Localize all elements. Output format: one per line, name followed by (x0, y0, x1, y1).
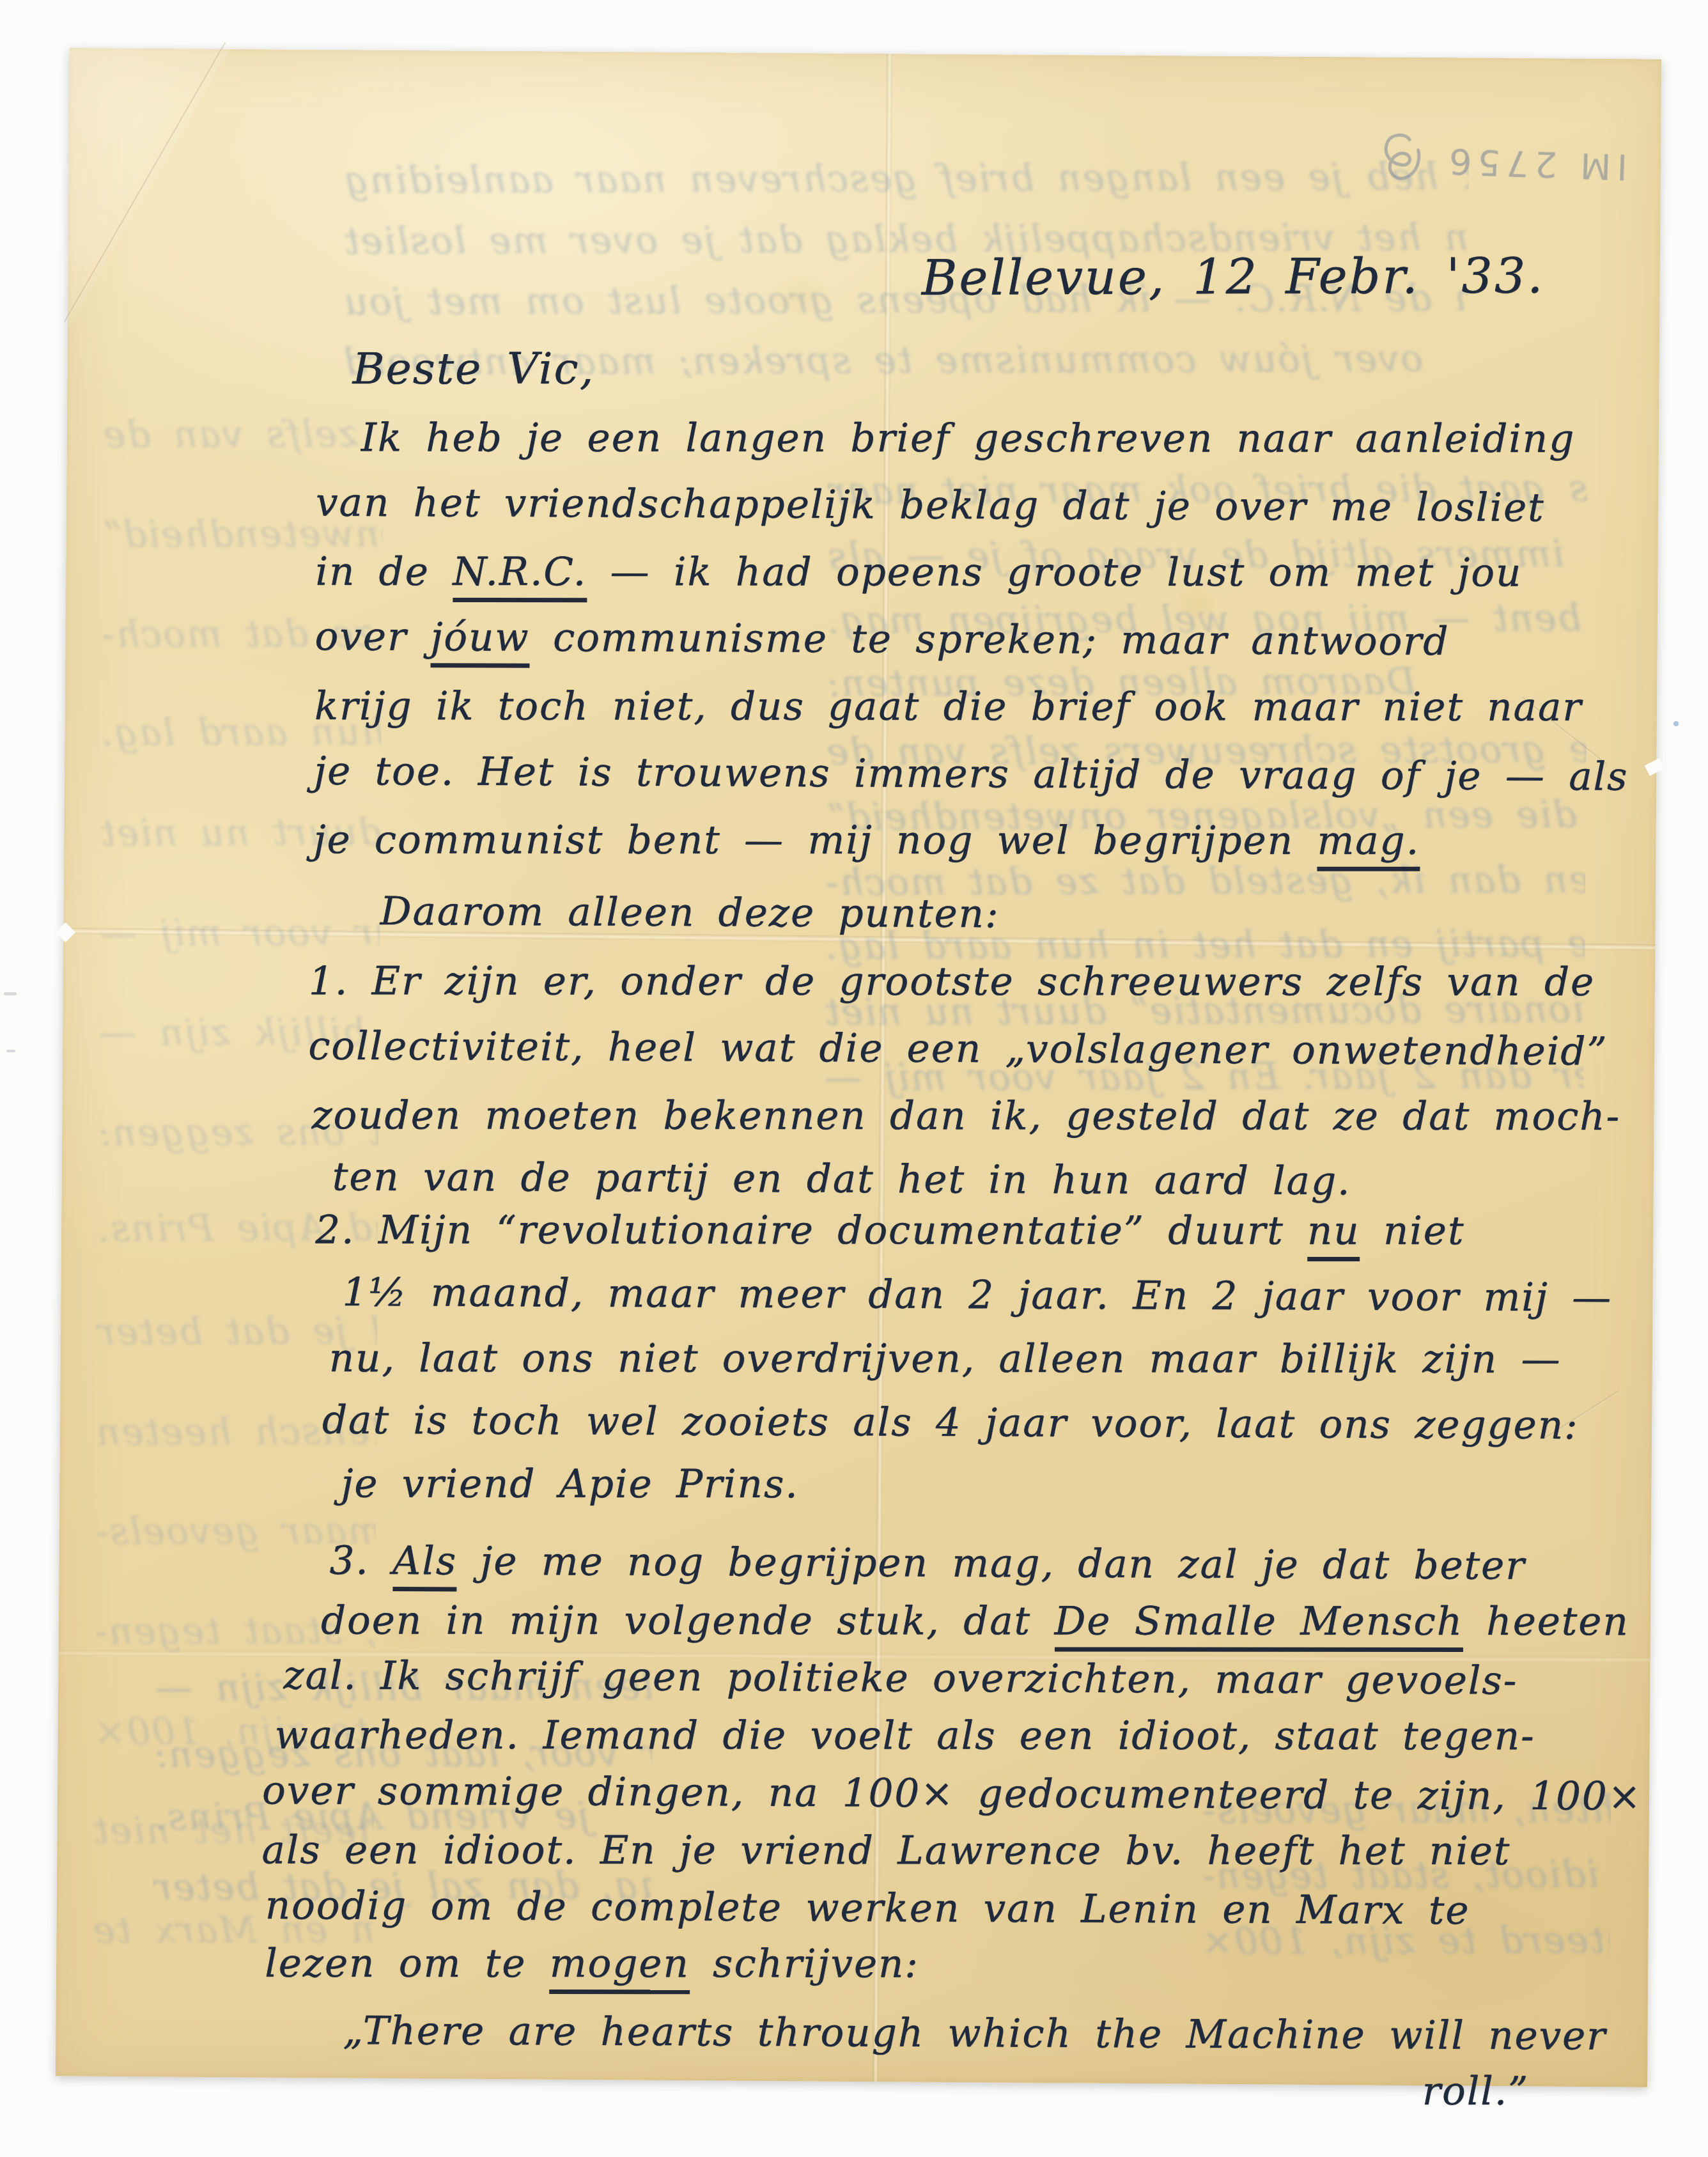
edge-tear-nick (1645, 758, 1665, 776)
handwritten-line: roll.” (1422, 2072, 1529, 2111)
handwriting-text: — ik had opeens groote lust om met jou (587, 549, 1522, 595)
handwritten-line: zal. Ik schrijf geen politieke overzicht… (283, 1656, 1518, 1700)
verso-ghost-line: 1. Er zijn er, onder de grootste schreeu… (102, 409, 384, 456)
handwritten-line: ten van de partij en dat het in hun aard… (332, 1157, 1351, 1201)
handwritten-line: 2. Mijn “revolutionaire documentatie” du… (315, 1211, 1464, 1251)
scanner-streak (6, 1050, 15, 1052)
handwritten-line: collectiviteit, heel wat die een „volsla… (308, 1027, 1608, 1071)
handwriting-text: 3. (329, 1538, 392, 1584)
letter-body (70, 48, 1661, 59)
handwriting-text: waarheden. Iemand die voelt als een idio… (275, 1713, 1535, 1759)
handwritten-line: dat is toch wel zooiets als 4 jaar voor,… (322, 1401, 1579, 1445)
handwritten-line: in de N.R.C. — ik had opeens groote lust… (315, 552, 1522, 593)
handwriting-text: doen in mijn volgende stuk, dat (321, 1598, 1055, 1644)
handwriting-text: 1½ maand, maar meer dan 2 jaar. En 2 jaa… (342, 1270, 1612, 1321)
handwriting-text: collectiviteit, heel wat die een „volsla… (308, 1024, 1608, 1075)
salutation: Beste Vic, (353, 344, 595, 394)
underlined-word: mogen (550, 1941, 690, 1994)
handwritten-line: over sommige dingen, na 100× gedocumente… (262, 1771, 1642, 1816)
scanner-streak (4, 992, 17, 995)
handwriting-text: zouden moeten bekennen dan ik, gesteld d… (311, 1093, 1620, 1139)
archival-number-text: IM 2756 (1443, 141, 1628, 189)
handwritten-line: nu, laat ons niet overdrijven, alleen ma… (329, 1339, 1562, 1379)
handwriting-text: nu, laat ons niet overdrijven, alleen ma… (329, 1335, 1562, 1382)
handwriting-text: je toe. Het is trouwens immers altijd de… (314, 749, 1629, 800)
handwriting-text: je vriend Apie Prins. (341, 1461, 798, 1507)
underlined-word: De Smalle Mensch (1054, 1598, 1463, 1652)
underlined-word: nu (1307, 1208, 1360, 1261)
dateline: Bellevue, 12 Febr. '33. (922, 247, 1545, 306)
handwritten-line: 1½ maand, maar meer dan 2 jaar. En 2 jaa… (342, 1273, 1612, 1318)
handwritten-line: noodig om de complete werken van Lenin e… (265, 1886, 1470, 1930)
handwritten-line: zouden moeten bekennen dan ik, gesteld d… (311, 1096, 1620, 1136)
handwritten-line: Ik heb je een langen brief geschreven na… (361, 418, 1575, 458)
handwriting-text: zal. Ik schrijf geen politieke overzicht… (283, 1653, 1518, 1703)
handwritten-line: 1. Er zijn er, onder de grootste schreeu… (309, 962, 1595, 1002)
handwriting-text: over sommige dingen, na 100× gedocumente… (262, 1768, 1642, 1819)
verso-ghost-line: 1½ maand, maar meer dan 2 jaar. En 2 jaa… (98, 907, 384, 955)
handwriting-text: lezen om te (265, 1941, 550, 1986)
handwritten-line: lezen om te mogen schrijven: (265, 1944, 919, 1984)
handwritten-line: als een idioot. En je vriend Lawrence bv… (261, 1830, 1510, 1871)
handwriting-text: noodig om de complete werken van Lenin e… (265, 1883, 1470, 1933)
handwriting-text: je communist bent — mij nog wel begrijpe… (313, 817, 1317, 863)
handwritten-line: krijg ik toch niet, dus gaat die brief o… (314, 687, 1583, 727)
handwriting-text: als een idioot. En je vriend Lawrence bv… (261, 1827, 1510, 1874)
dogear-fold-shade (68, 48, 229, 331)
handwriting-text: dat is toch wel zooiets als 4 jaar voor,… (322, 1398, 1579, 1449)
scanned-letter-page: { "document": { "kind": "handwritten let… (0, 0, 1708, 2157)
underlined-word: mag. (1317, 818, 1420, 871)
handwriting-text: schrijven: (690, 1941, 919, 1986)
scanner-speck (1673, 721, 1679, 726)
handwriting-text: Daarom alleen deze punten: (380, 889, 1000, 937)
handwriting-text: 2. Mijn “revolutionaire documentatie” du… (315, 1208, 1307, 1254)
handwriting-text: krijg ik toch niet, dus gaat die brief o… (314, 683, 1583, 730)
handwritten-line: je toe. Het is trouwens immers altijd de… (314, 752, 1629, 797)
handwriting-text: 1. Er zijn er, onder de grootste schreeu… (309, 958, 1595, 1005)
handwriting-text: ten van de partij en dat het in hun aard… (332, 1154, 1351, 1204)
handwritten-line: je vriend Apie Prins. (341, 1465, 798, 1504)
handwriting-text: je me nog begrijpen mag, dan zal je dat … (457, 1539, 1526, 1589)
handwritten-line: Daarom alleen deze punten: (380, 892, 1000, 933)
handwritten-line: 3. Als je me nog begrijpen mag, dan zal … (329, 1541, 1525, 1585)
archival-number-pencil: IM 2756 (1372, 129, 1628, 196)
underlined-word: N.R.C. (453, 549, 587, 602)
handwriting-text: over (315, 614, 431, 660)
verso-ghost-line: Ik heb je een langen brief geschreven na… (344, 155, 1469, 202)
handwritten-line: over jóuw communisme te spreken; maar an… (315, 617, 1450, 661)
handwriting-text: communisme te spreken; maar antwoord (530, 615, 1450, 664)
handwritten-line: doen in mijn volgende stuk, dat De Small… (321, 1601, 1629, 1641)
handwriting-text: „There are hearts through which the Mach… (343, 2008, 1606, 2059)
handwriting-text: van het vriendschappelijk beklag dat je … (316, 480, 1545, 531)
letter-sheet: Ik heb je een langen brief geschreven na… (56, 48, 1661, 2087)
handwriting-text: in de (315, 549, 453, 595)
handwriting-text: niet (1360, 1208, 1465, 1254)
handwritten-line: „There are hearts through which the Mach… (343, 2011, 1606, 2056)
handwritten-line: je communist bent — mij nog wel begrijpe… (313, 820, 1420, 860)
handwriting-text: roll.” (1422, 2069, 1529, 2114)
underlined-word: Als (392, 1538, 457, 1591)
handwriting-text: Ik heb je een langen brief geschreven na… (361, 415, 1575, 462)
handwritten-line: waarheden. Iemand die voelt als een idio… (275, 1716, 1535, 1756)
collector-monogram-icon (1372, 129, 1427, 190)
handwriting-text: heeten (1463, 1599, 1629, 1644)
edge-tear-nick (56, 923, 75, 942)
handwritten-line: van het vriendschappelijk beklag dat je … (316, 483, 1545, 527)
underlined-word: jóuw (430, 614, 530, 668)
